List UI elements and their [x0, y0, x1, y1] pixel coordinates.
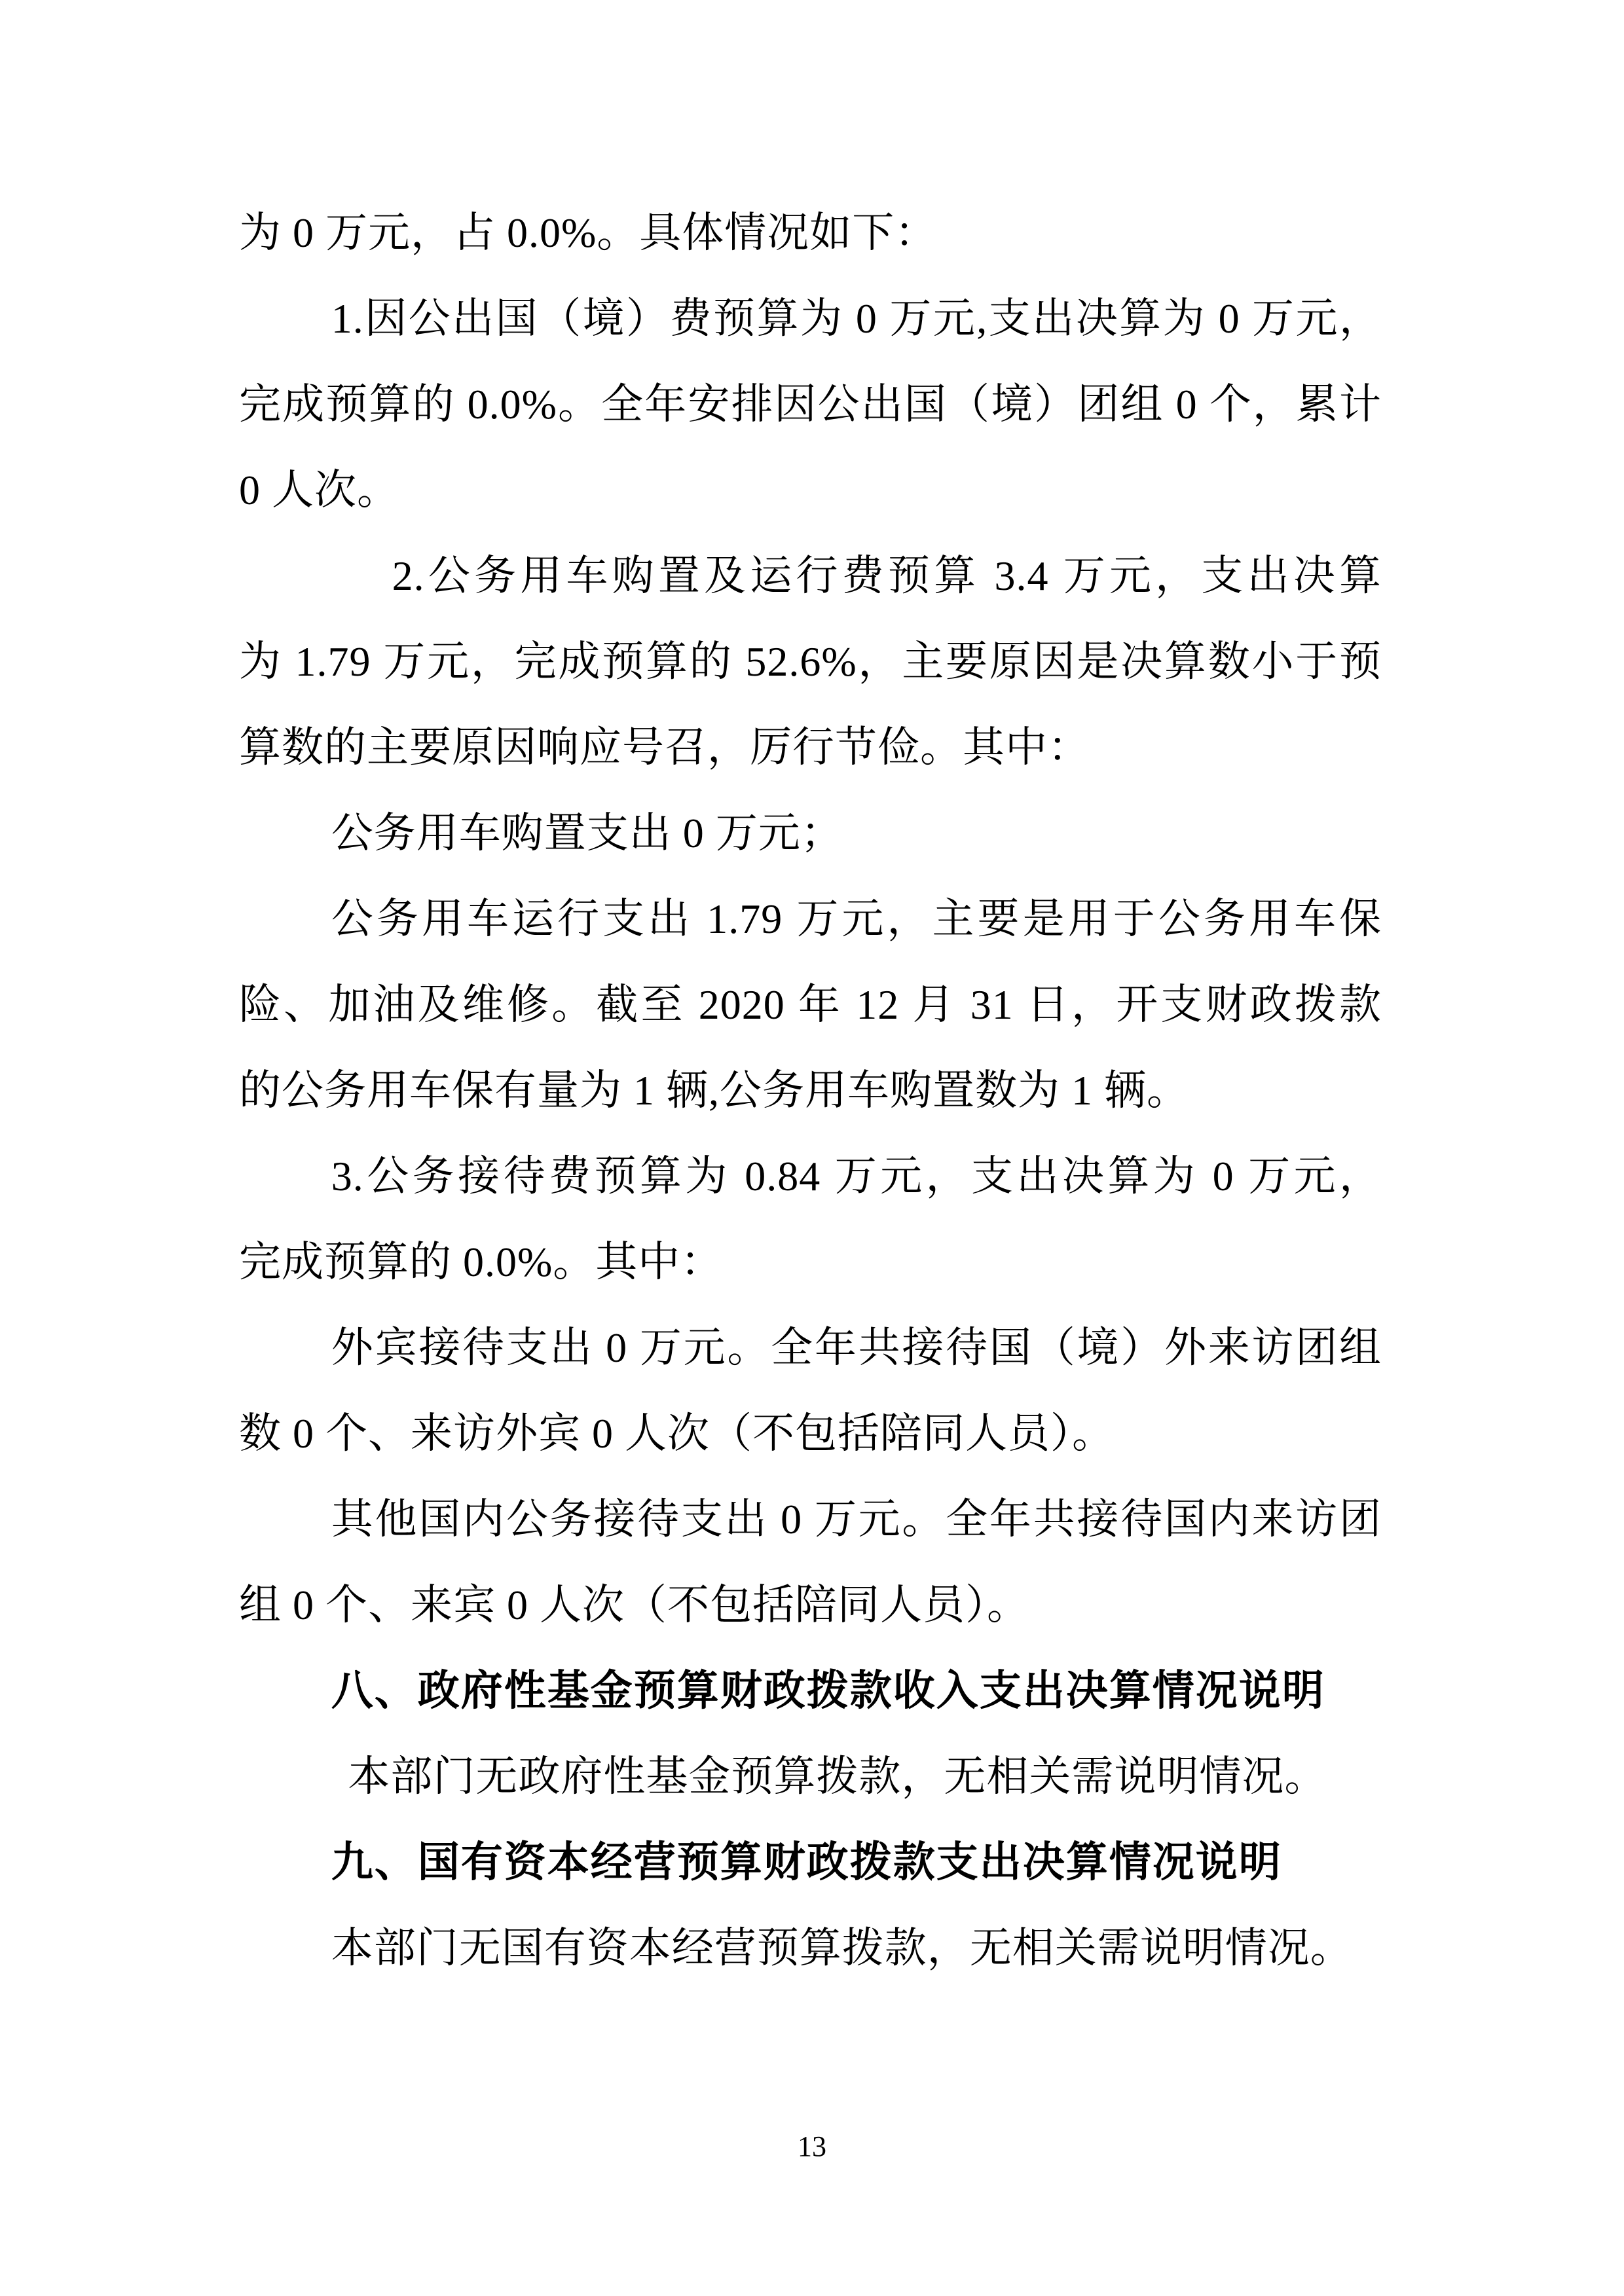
text-line: 算数的主要原因响应号召，厉行节俭。其中：: [239, 704, 1382, 790]
text-line: 1.因公出国（境）费预算为 0 万元,支出决算为 0 万元，: [239, 276, 1382, 361]
text-line: 其他国内公务接待支出 0 万元。全年共接待国内来访团: [239, 1476, 1382, 1562]
page-content: 为 0 万元，占 0.0%。具体情况如下： 1.因公出国（境）费预算为 0 万元…: [239, 190, 1382, 1991]
text-line: 2.公务用车购置及运行费预算 3.4 万元，支出决算: [239, 533, 1382, 619]
text-line: 公务用车购置支出 0 万元；: [239, 790, 1382, 876]
text-line: 险、加油及维修。截至 2020 年 12 月 31 日，开支财政拨款: [239, 962, 1382, 1048]
text-line: 为 0 万元，占 0.0%。具体情况如下：: [239, 190, 1382, 276]
text-line: 0 人次。: [239, 447, 1382, 533]
text-line: 为 1.79 万元，完成预算的 52.6%，主要原因是决算数小于预: [239, 619, 1382, 704]
text-line: 的公务用车保有量为 1 辆,公务用车购置数为 1 辆。: [239, 1048, 1382, 1133]
section-heading: 九、国有资本经营预算财政拨款支出决算情况说明: [239, 1819, 1382, 1905]
text-line: 数 0 个、来访外宾 0 人次（不包括陪同人员）。: [239, 1391, 1382, 1476]
text-line: 外宾接待支出 0 万元。全年共接待国（境）外来访团组: [239, 1305, 1382, 1391]
page-number: 13: [0, 2126, 1624, 2167]
text-line: 本部门无政府性基金预算拨款，无相关需说明情况。: [239, 1734, 1382, 1819]
text-line: 本部门无国有资本经营预算拨款，无相关需说明情况。: [239, 1905, 1382, 1991]
text-line: 3.公务接待费预算为 0.84 万元，支出决算为 0 万元，: [239, 1133, 1382, 1219]
text-line: 完成预算的 0.0%。其中：: [239, 1219, 1382, 1305]
text-line: 完成预算的 0.0%。全年安排因公出国（境）团组 0 个，累计: [239, 361, 1382, 447]
document-page: 为 0 万元，占 0.0%。具体情况如下： 1.因公出国（境）费预算为 0 万元…: [0, 0, 1624, 2296]
section-heading: 八、政府性基金预算财政拨款收入支出决算情况说明: [239, 1648, 1382, 1734]
text-line: 组 0 个、来宾 0 人次（不包括陪同人员）。: [239, 1562, 1382, 1648]
text-line: 公务用车运行支出 1.79 万元，主要是用于公务用车保: [239, 876, 1382, 962]
